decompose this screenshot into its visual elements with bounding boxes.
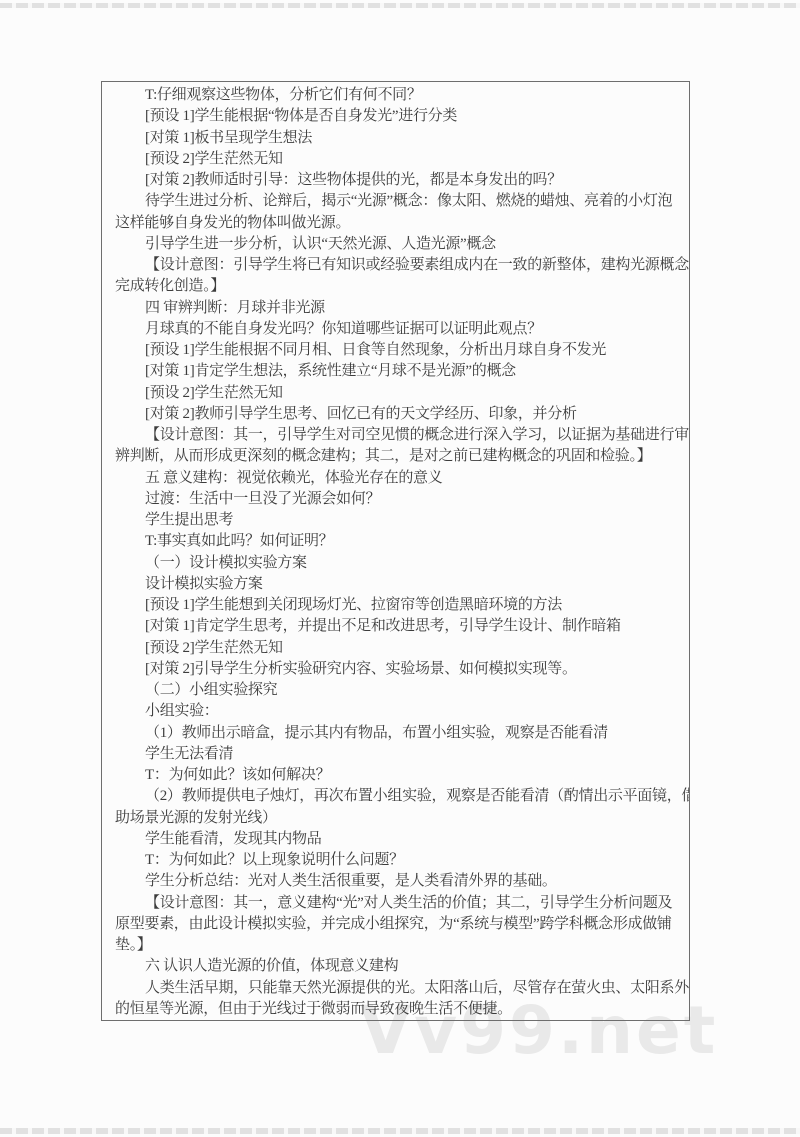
text-line: [对策 1]板书呈现学生想法 — [115, 128, 673, 149]
text-line: 设计模拟实验方案 — [115, 574, 673, 595]
text-line: [对策 1]肯定学生思考，并提出不足和改进思考，引导学生设计、制作暗箱 — [115, 616, 673, 637]
text-line: [预设 1]学生能根据“物体是否自身发光”进行分类 — [115, 106, 673, 127]
text-line: 五 意义建构：视觉依赖光，体验光存在的意义 — [115, 468, 673, 489]
text-line: 【设计意图：其一，引导学生对司空见惯的概念进行深入学习，以证据为基础进行审 — [115, 425, 673, 446]
text-line: 垫。】 — [115, 935, 673, 956]
text-line: （1）教师出示暗盒，提示其内有物品，布置小组实验，观察是否能看清 — [115, 723, 673, 744]
text-line: 待学生进过分析、论辩后，揭示“光源”概念：像太阳、燃烧的蜡烛、亮着的小灯泡 — [115, 191, 673, 212]
text-line: [预设 1]学生能根据不同月相、日食等自然现象，分析出月球自身不发光 — [115, 340, 673, 361]
bottom-edge-dashes — [0, 1128, 800, 1134]
text-line: 过渡：生活中一旦没了光源会如何？ — [115, 489, 673, 510]
text-line: 人类生活早期，只能靠天然光源提供的光。太阳落山后，尽管存在萤火虫、太阳系外 — [115, 978, 673, 999]
text-line: 学生无法看清 — [115, 744, 673, 765]
text-line: [预设 1]学生能想到关闭现场灯光、拉窗帘等创造黑暗环境的方法 — [115, 595, 673, 616]
text-line: [对策 2]教师引导学生思考、回忆已有的天文学经历、印象，并分析 — [115, 404, 673, 425]
text-line: [对策 1]肯定学生想法，系统性建立“月球不是光源”的概念 — [115, 361, 673, 382]
text-line: 六 认识人造光源的价值，体现意义建构 — [115, 956, 673, 977]
top-edge-dashes — [0, 3, 800, 8]
text-line: [预设 2]学生茫然无知 — [115, 383, 673, 404]
page: Vv99.net T:仔细观察这些物体，分析它们有何不同？[预设 1]学生能根据… — [0, 0, 800, 1137]
text-line: T:仔细观察这些物体，分析它们有何不同？ — [115, 85, 673, 106]
text-line: [预设 2]学生茫然无知 — [115, 638, 673, 659]
lesson-plan-text-box: T:仔细观察这些物体，分析它们有何不同？[预设 1]学生能根据“物体是否自身发光… — [101, 81, 690, 1021]
text-line: 原型要素，由此设计模拟实验，并完成小组探究，为“系统与模型”跨学科概念形成做铺 — [115, 914, 673, 935]
text-line: 【设计意图：其一，意义建构“光”对人类生活的价值；其二，引导学生分析问题及 — [115, 893, 673, 914]
text-line: 四 审辨判断：月球并非光源 — [115, 298, 673, 319]
text-line: 辨判断，从而形成更深刻的概念建构；其二，是对之前已建构概念的巩固和检验。】 — [115, 446, 673, 467]
text-line: 这样能够自身发光的物体叫做光源。 — [115, 213, 673, 234]
text-line: （一）设计模拟实验方案 — [115, 553, 673, 574]
text-line: 学生能看清，发现其内物品 — [115, 829, 673, 850]
text-line: T:事实真如此吗？如何证明？ — [115, 531, 673, 552]
text-line: [对策 2]引导学生分析实验研究内容、实验场景、如何模拟实现等。 — [115, 659, 673, 680]
text-line: （二）小组实验探究 — [115, 680, 673, 701]
text-line: 完成转化创造。】 — [115, 276, 673, 297]
text-line: 的恒星等光源，但由于光线过于微弱而导致夜晚生活不便捷。 — [115, 999, 673, 1020]
text-line: 助场景光源的发射光线） — [115, 808, 673, 829]
text-line: （2）教师提供电子烛灯，再次布置小组实验，观察是否能看清（酌情出示平面镜，借 — [115, 786, 673, 807]
text-line: 【设计意图：引导学生将已有知识或经验要素组成内在一致的新整体，建构光源概念， — [115, 255, 673, 276]
text-line: 引导学生进一步分析，认识“天然光源、人造光源”概念 — [115, 234, 673, 255]
text-line: 学生提出思考 — [115, 510, 673, 531]
text-line: 月球真的不能自身发光吗？你知道哪些证据可以证明此观点？ — [115, 319, 673, 340]
text-line: 小组实验： — [115, 701, 673, 722]
text-line: 学生分析总结：光对人类生活很重要，是人类看清外界的基础。 — [115, 871, 673, 892]
text-line: T：为何如此？以上现象说明什么问题？ — [115, 850, 673, 871]
text-line: [对策 2]教师适时引导：这些物体提供的光，都是本身发出的吗？ — [115, 170, 673, 191]
text-line: T：为何如此？该如何解决？ — [115, 765, 673, 786]
text-line: [预设 2]学生茫然无知 — [115, 149, 673, 170]
